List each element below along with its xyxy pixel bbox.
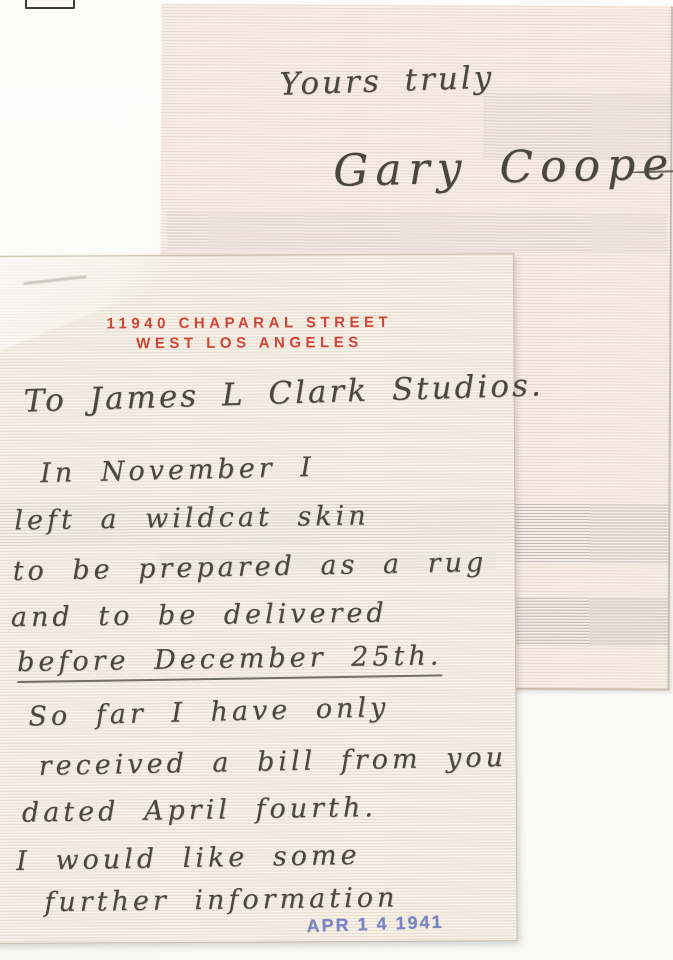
letterhead-address-line2: WEST LOS ANGELES <box>0 332 514 355</box>
scan-streak <box>167 212 667 253</box>
body-line: to be prepared as a rug <box>12 547 487 587</box>
body-line: further information <box>44 882 398 918</box>
scan-streak <box>489 504 668 563</box>
pencil-smudge <box>23 275 87 285</box>
body-line: So far I have only <box>28 692 390 732</box>
closing-line: Yours truly <box>279 60 495 103</box>
scanned-letter-canvas: Yours truly Gary Cooper 11940 CHAPARAL S… <box>0 0 673 960</box>
salutation-line: To James L Clark Studios. <box>23 367 544 419</box>
body-line: received a bill from you <box>38 742 507 782</box>
scanner-registration-mark <box>25 0 75 9</box>
date-received-stamp: APR 1 4 1941 <box>306 912 444 937</box>
scan-streak <box>493 598 668 647</box>
body-line: dated April fourth. <box>22 792 377 829</box>
front-page: 11940 CHAPARAL STREET WEST LOS ANGELES T… <box>0 253 518 944</box>
body-line: In November I <box>40 452 315 489</box>
body-line: and to be delivered <box>11 598 388 634</box>
letterhead-address-line1: 11940 CHAPARAL STREET <box>0 312 513 335</box>
body-line: I would like some <box>16 840 361 877</box>
body-line: left a wildcat skin <box>14 500 370 536</box>
body-line-underlined: before December 25th. <box>17 640 443 683</box>
signature-gary-cooper: Gary Cooper <box>333 138 673 197</box>
letterhead: 11940 CHAPARAL STREET WEST LOS ANGELES <box>0 312 514 355</box>
